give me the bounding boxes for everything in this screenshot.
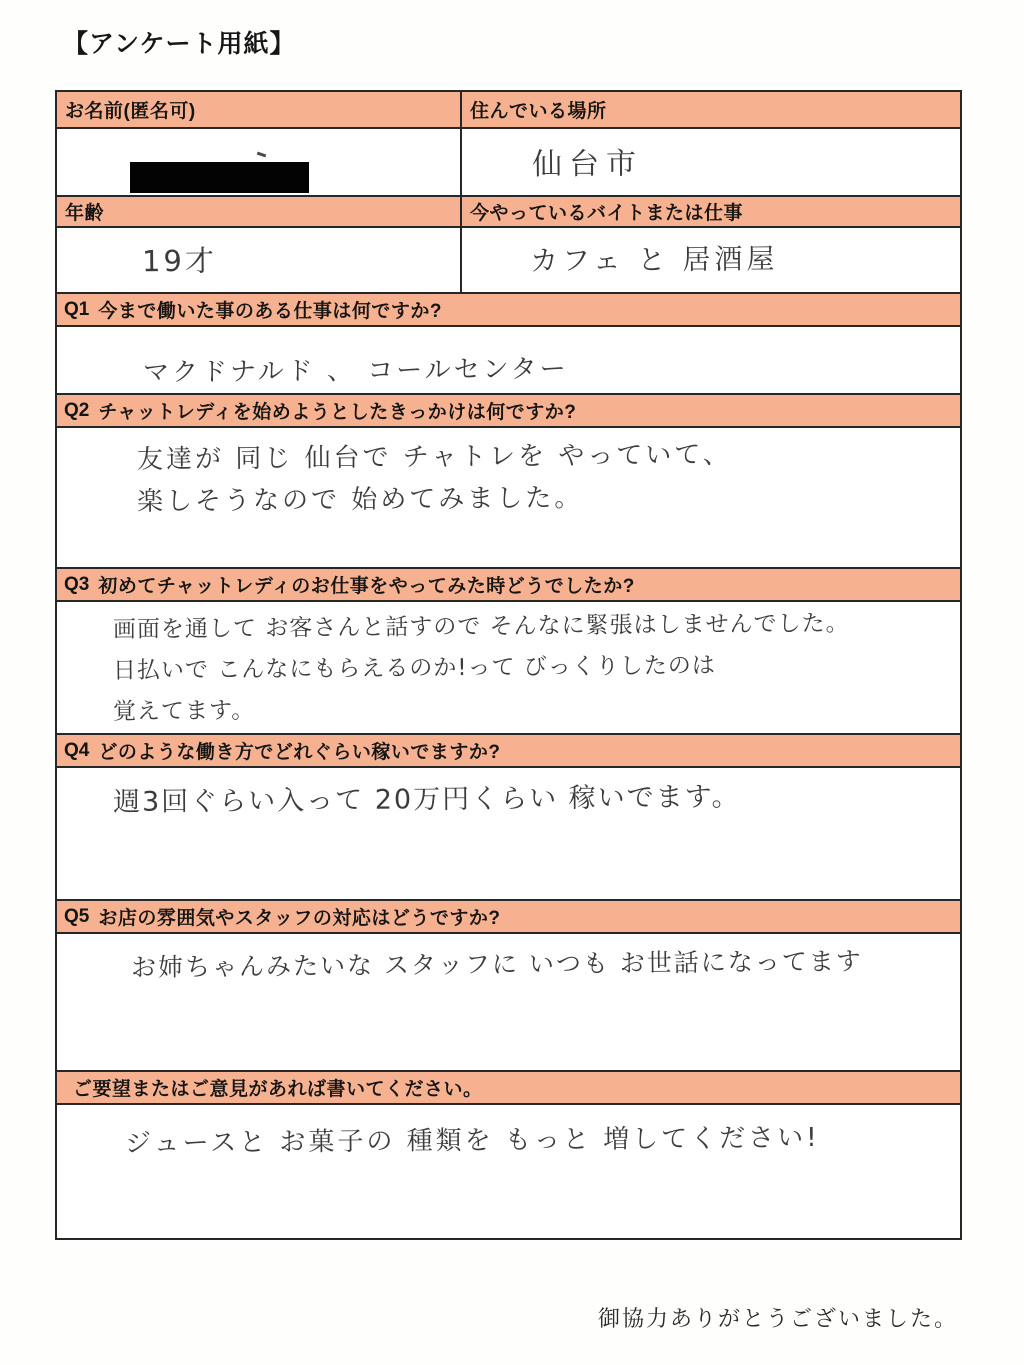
age-answer-cell: 19才 — [57, 228, 460, 292]
question-header-q2: Q2 チャットレディを始めようとしたきっかけは何ですか? — [57, 393, 960, 426]
question-number: Q4 — [64, 740, 89, 762]
footer-thanks: 御協力ありがとうございました。 — [598, 1302, 958, 1333]
pen-mark — [257, 152, 266, 158]
profile-header-row-2: 年齢 今やっているバイトまたは仕事 — [57, 195, 960, 226]
page-title: 【アンケート用紙】 — [63, 24, 296, 60]
question-text: ご要望またはご意見があれば書いてください。 — [73, 1074, 483, 1101]
answer-line: 週3回ぐらい入って 20万円くらい 稼いでます。 — [113, 773, 960, 819]
answer-line: 友達が 同じ 仙台で チャトレを やっていて、 — [137, 432, 960, 481]
answer-line: ジュースと お菓子の 種類を もっと 増してください! — [125, 1116, 960, 1160]
name-answer-cell — [57, 129, 460, 195]
answer-line: お姉ちゃんみたいな スタッフに いつも お世話になってます — [131, 941, 960, 984]
profile-answer-row-2: 19才 カフェ と 居酒屋 — [57, 226, 960, 292]
age-answer: 19才 — [57, 238, 217, 280]
question-header-q3: Q3 初めてチャットレディのお仕事をやってみた時どうでしたか? — [57, 567, 960, 600]
question-header-q1: Q1 今まで働いた事のある仕事は何ですか? — [57, 292, 960, 325]
answer-box-q3: 画面を通して お客さんと話すので そんなに緊張はしませんでした。 日払いで こん… — [57, 600, 960, 733]
profile-header-row-1: お名前(匿名可) 住んでいる場所 — [57, 92, 960, 127]
answer-box-q4: 週3回ぐらい入って 20万円くらい 稼いでます。 — [57, 766, 960, 899]
answer-box-q5: お姉ちゃんみたいな スタッフに いつも お世話になってます — [57, 932, 960, 1070]
question-text: どのような働き方でどれぐらい稼いでますか? — [98, 737, 500, 764]
question-header-request: ご要望またはご意見があれば書いてください。 — [57, 1070, 960, 1103]
redaction-bar — [130, 162, 309, 193]
answer-box-q2: 友達が 同じ 仙台で チャトレを やっていて、 楽しそうなので 始めてみました。 — [57, 426, 960, 567]
name-label: お名前(匿名可) — [57, 92, 460, 127]
question-text: お店の雰囲気やスタッフの対応はどうですか? — [98, 903, 500, 930]
job-label: 今やっているバイトまたは仕事 — [460, 197, 960, 226]
question-number: Q1 — [64, 299, 89, 321]
job-answer-cell: カフェ と 居酒屋 — [460, 228, 960, 292]
profile-answer-row-1: 仙台市 — [57, 127, 960, 195]
survey-table: お名前(匿名可) 住んでいる場所 仙台市 年齢 今やっているバイトまたは仕事 1… — [55, 90, 962, 1240]
location-answer: 仙台市 — [462, 138, 643, 184]
answer-box-q1: マクドナルド 、 コールセンター — [57, 325, 960, 393]
question-number: Q3 — [64, 574, 89, 596]
question-number: Q5 — [64, 906, 89, 928]
answer-line: 覚えてます。 — [113, 685, 960, 733]
scanned-survey-page: 【アンケート用紙】 お名前(匿名可) 住んでいる場所 仙台市 年齢 今やっている… — [0, 0, 1024, 1365]
question-text: 今まで働いた事のある仕事は何ですか? — [98, 296, 442, 323]
answer-line: マクドナルド 、 コールセンター — [143, 345, 960, 389]
question-header-q5: Q5 お店の雰囲気やスタッフの対応はどうですか? — [57, 899, 960, 932]
location-answer-cell: 仙台市 — [460, 129, 960, 195]
question-header-q4: Q4 どのような働き方でどれぐらい稼いでますか? — [57, 733, 960, 766]
question-text: 初めてチャットレディのお仕事をやってみた時どうでしたか? — [98, 571, 635, 598]
question-text: チャットレディを始めようとしたきっかけは何ですか? — [98, 397, 576, 424]
age-label: 年齢 — [57, 197, 460, 226]
question-number: Q2 — [64, 400, 89, 422]
location-label: 住んでいる場所 — [460, 92, 960, 127]
answer-line: 楽しそうなので 始めてみました。 — [137, 474, 960, 523]
job-answer: カフェ と 居酒屋 — [462, 237, 779, 280]
answer-box-request: ジュースと お菓子の 種類を もっと 増してください! — [57, 1103, 960, 1238]
